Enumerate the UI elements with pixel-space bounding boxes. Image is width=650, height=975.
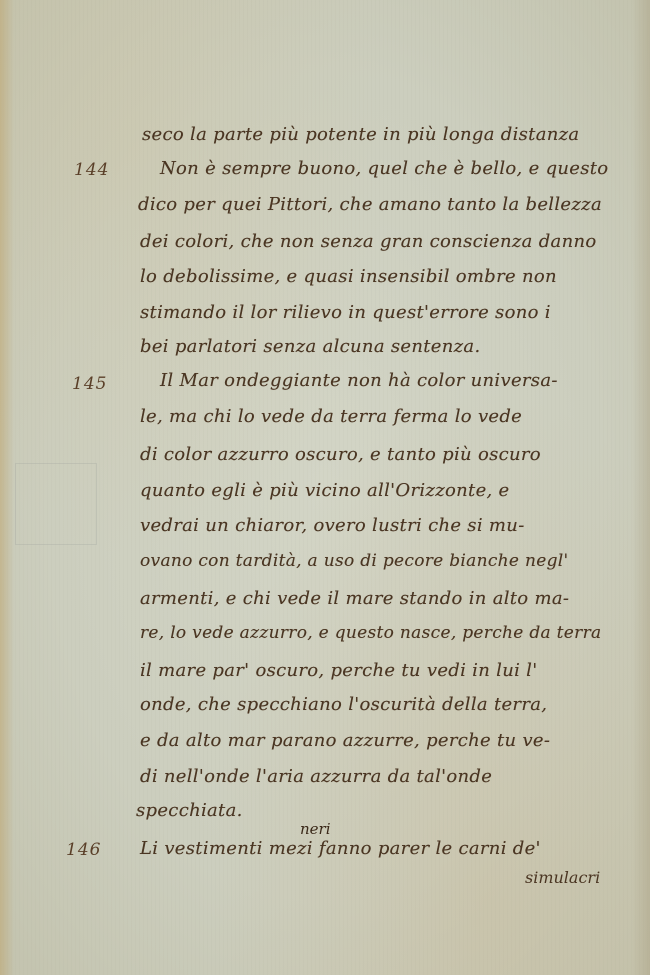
manuscript-page: 144 145 146 seco la parte più potente in… [0,0,650,975]
text-line: le, ma chi lo vede da terra ferma lo ved… [140,406,522,427]
page-edge-right [632,0,650,975]
text-line: il mare par' oscuro, perche tu vedi in l… [140,660,537,681]
catchword: simulacri [525,868,600,887]
text-line: Il Mar ondeggiante non hà color universa… [160,370,558,391]
text-line: stimando il lor rilievo in quest'errore … [140,302,551,323]
text-line: re, lo vede azzurro, e questo nasce, per… [140,623,601,643]
text-line: dico per quei Pittori, che amano tanto l… [138,194,602,215]
margin-number-144: 144 [74,160,109,180]
text-line: di nell'onde l'aria azzurra da tal'onde [140,766,492,787]
margin-number-145: 145 [72,374,107,394]
bleed-through-mark [15,463,97,545]
text-line: bei parlatori senza alcuna sentenza. [140,336,480,357]
text-line: di color azzurro oscuro, e tanto più osc… [140,444,541,465]
text-line: dei colori, che non senza gran conscienz… [140,231,597,252]
text-line: vedrai un chiaror, overo lustri che si m… [140,515,525,536]
text-line: quanto egli è più vicino all'Orizzonte, … [140,480,510,501]
text-line: Li vestimenti mezi fanno parer le carni … [140,838,541,859]
page-edge-left [0,0,14,975]
margin-number-146: 146 [66,840,101,860]
text-line: armenti, e chi vede il mare stando in al… [140,588,569,609]
text-line: lo debolissime, e quasi insensibil ombre… [140,266,557,287]
text-line: e da alto mar parano azzurre, perche tu … [140,730,550,751]
text-line: seco la parte più potente in più longa d… [142,124,579,145]
text-line: onde, che specchiano l'oscurità della te… [140,694,547,715]
text-line: Non è sempre buono, quel che è bello, e … [160,158,608,179]
text-line: specchiata. [136,800,243,821]
text-line: ovano con tardità, a uso di pecore bianc… [140,551,568,571]
interlinear-insert: neri [300,820,331,838]
